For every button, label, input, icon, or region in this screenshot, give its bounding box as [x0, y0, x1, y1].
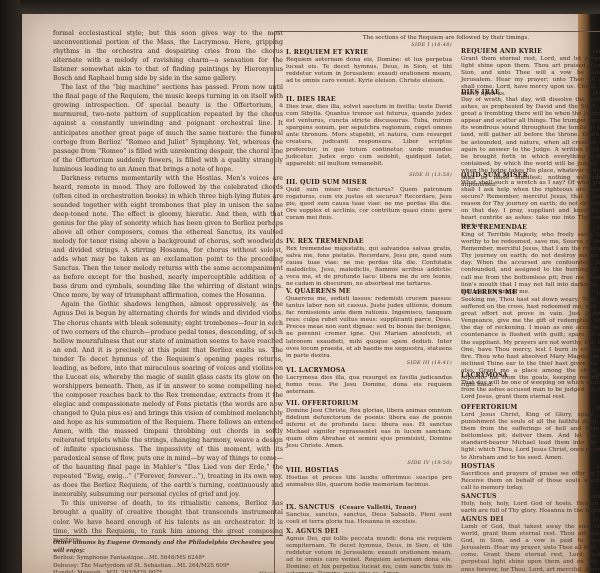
section-title: I. REQUIEM ET KYRIE	[286, 49, 452, 57]
frame-top-edge	[0, 0, 600, 14]
section-text: Quid sum miser tunc dicturus? Quem patro…	[286, 187, 452, 222]
latin-section: IX. SANCTUS (Cesare Valletti, Tenor) San…	[286, 504, 452, 526]
section-title: DIES IRAE(12:17)	[461, 89, 600, 97]
timing: (10:05)	[593, 493, 600, 501]
section-title: REX TREMENDAE(4:56)	[461, 224, 600, 232]
latin-section: X. AGNUS DEI Agnus Dei, qui tollis pecca…	[286, 528, 452, 573]
section-text: Holy, holy, holy, Lord God of hosts. Hea…	[461, 501, 600, 515]
texts-box: The sections of the Requiem are followed…	[274, 31, 600, 573]
other-albums-heading: Other albums by Eugene Ormandy and the P…	[53, 540, 283, 555]
section-title-text: DIES IRAE	[461, 89, 500, 96]
section-text: Requiem aeternam dona eis, Domine: et lu…	[286, 57, 452, 85]
section-title: VI. LACRYMOSA	[286, 367, 452, 375]
side-label: SIDE IV (19:50)	[286, 460, 452, 467]
section-title-text: AGNUS DEI	[461, 516, 504, 523]
section-title-text: REX TREMENDAE	[461, 224, 527, 231]
section-text: Rex tremendae majestatis, qui salvandos …	[286, 246, 452, 289]
latin-section: II. DIES IRAE Dies irae, dies illa, solv…	[286, 96, 452, 168]
timing: (1:58)	[597, 289, 600, 297]
latin-section: V. QUAERENS ME Quaerens me, sedisti lass…	[286, 288, 452, 360]
section-title: QUAERENS ME(1:58)	[461, 289, 600, 297]
section-text: Lamb of God, that takest away the sins o…	[461, 524, 600, 573]
section-text: Lord Jesus Christ, King of Glory, spare …	[461, 412, 600, 462]
essay-paragraph: Again the Gothic shadows lengthen, almos…	[53, 300, 283, 499]
section-title: IV. REX TREMENDAE	[286, 238, 452, 246]
section-text: King of Terrible Majesty, who freely sav…	[461, 232, 600, 296]
section-title-text: OFFERTORIUM	[461, 404, 517, 411]
section-text: Lacrymosa dies illa, qua resurget ex fav…	[286, 375, 452, 396]
latin-section: SIDE III (18:41) VI. LACRYMOSA Lacrymosa…	[286, 360, 452, 396]
timing: (8:01)	[597, 404, 600, 412]
section-text: Hostias et preces tibi laudis offerimus:…	[286, 475, 452, 489]
timing: (12:17)	[593, 89, 600, 97]
section-title: HOSTIAS(3:00)	[461, 463, 600, 471]
timing: (3:00)	[597, 463, 600, 471]
section-title: III. QUID SUM MISER	[286, 179, 452, 187]
essay-column: formal ecclesiastical style; but this so…	[53, 29, 283, 545]
section-title: SANCTUS(10:05)	[461, 493, 600, 501]
section-title-text: HOSTIAS	[461, 463, 495, 470]
english-section: SANCTUS(10:05) Holy, holy, holy, Lord Go…	[461, 493, 600, 515]
section-title: X. AGNUS DEI	[286, 528, 452, 536]
section-title-text: QUID SUM MISER	[461, 172, 528, 179]
section-title: V. QUAERENS ME	[286, 288, 452, 296]
latin-section: SIDE IV (19:50) VIII. HOSTIAS Hostias et…	[286, 460, 452, 489]
soloist-note: (Cesare Valletti, Tenor)	[339, 505, 417, 511]
latin-section: VII. OFFERTORIUM Domine Jesu Christe, Re…	[286, 400, 452, 451]
section-title-text: IX. SANCTUS	[286, 504, 335, 511]
side-label: SIDE I (16:48)	[286, 42, 452, 49]
album-item: Berlioz: Symphonie Fantastique…ML 5648/M…	[53, 555, 283, 563]
section-text: Sacrifices and prayers of praise we offe…	[461, 471, 600, 492]
section-title: IX. SANCTUS (Cesare Valletti, Tenor)	[286, 504, 452, 512]
section-text: Sanctus, sanctus, sanctus, Deus Sabaoth.…	[286, 512, 452, 526]
side-label: SIDE II (13:58)	[286, 172, 452, 179]
album-item: Debussy: The Martyrdom of St. Sebastian……	[53, 563, 283, 571]
section-title: VIII. HOSTIAS	[286, 467, 452, 475]
english-section: QUID SUM MISER(3:58) What shall such a w…	[461, 172, 600, 230]
section-text: Agnus Dei, qui tollis peccata mundi: don…	[286, 536, 452, 573]
timing: (4:56)	[597, 224, 600, 232]
section-title-text: SANCTUS	[461, 493, 497, 500]
section-text: Quaerens me, sedisti lassus: redemisti c…	[286, 296, 452, 360]
section-title: LACRYMOSA(10:40)	[461, 372, 600, 380]
liner-notes-sheet: formal ecclesiastical style; but this so…	[22, 14, 578, 573]
texts-caption: The sections of the Requiem are followed…	[275, 35, 600, 41]
latin-section: SIDE I (16:48) I. REQUIEM ET KYRIE Requi…	[286, 42, 452, 85]
section-title: AGNUS DEI(11:12)	[461, 516, 600, 524]
timing: (10:51)	[593, 48, 600, 56]
essay-paragraph: formal ecclesiastical style; but this so…	[53, 29, 283, 83]
section-title: II. DIES IRAE	[286, 96, 452, 104]
section-title-text: REQUIEM AND KYRIE	[461, 48, 542, 55]
timing: (10:40)	[593, 372, 600, 380]
side-label: SIDE III (18:41)	[286, 360, 452, 367]
english-section: HOSTIAS(3:00) Sacrifices and prayers of …	[461, 463, 600, 492]
section-title-text: LACRYMOSA	[461, 372, 508, 379]
section-text: Domine Jesu Christe, Rex gloriae, libera…	[286, 408, 452, 451]
latin-section: IV. REX TREMENDAE Rex tremendae majestat…	[286, 238, 452, 289]
english-section: OFFERTORIUM(8:01) Lord Jesus Christ, Kin…	[461, 404, 600, 462]
english-section: AGNUS DEI(11:12) Lamb of God, that takes…	[461, 516, 600, 573]
essay-paragraph: Darkness returns momentarily with the Ho…	[53, 174, 283, 301]
frame-left-edge	[0, 0, 20, 573]
section-title: VII. OFFERTORIUM	[286, 400, 452, 408]
section-title-text: QUAERENS ME	[461, 289, 517, 296]
section-title: OFFERTORIUM(8:01)	[461, 404, 600, 412]
section-text: That day will be one of weeping on which…	[461, 380, 600, 401]
other-albums-box: Other albums by Eugene Ormandy and the P…	[53, 535, 283, 573]
section-title: QUID SUM MISER(3:58)	[461, 172, 600, 180]
timing: (11:12)	[593, 516, 600, 524]
essay-paragraph: The last of the “big machine” sections h…	[53, 83, 283, 173]
section-text: What shall such a wretch as I say? Of wh…	[461, 180, 600, 230]
section-title: REQUIEM AND KYRIE(10:51)	[461, 48, 600, 56]
timing: (3:58)	[597, 172, 600, 180]
section-text: Dies irae, dies illa, solvet saeclum in …	[286, 104, 452, 168]
english-section: LACRYMOSA(10:40) That day will be one of…	[461, 372, 600, 401]
latin-section: SIDE II (13:58) III. QUID SUM MISER Quid…	[286, 172, 452, 223]
english-section: REX TREMENDAE(4:56) King of Terrible Maj…	[461, 224, 600, 296]
